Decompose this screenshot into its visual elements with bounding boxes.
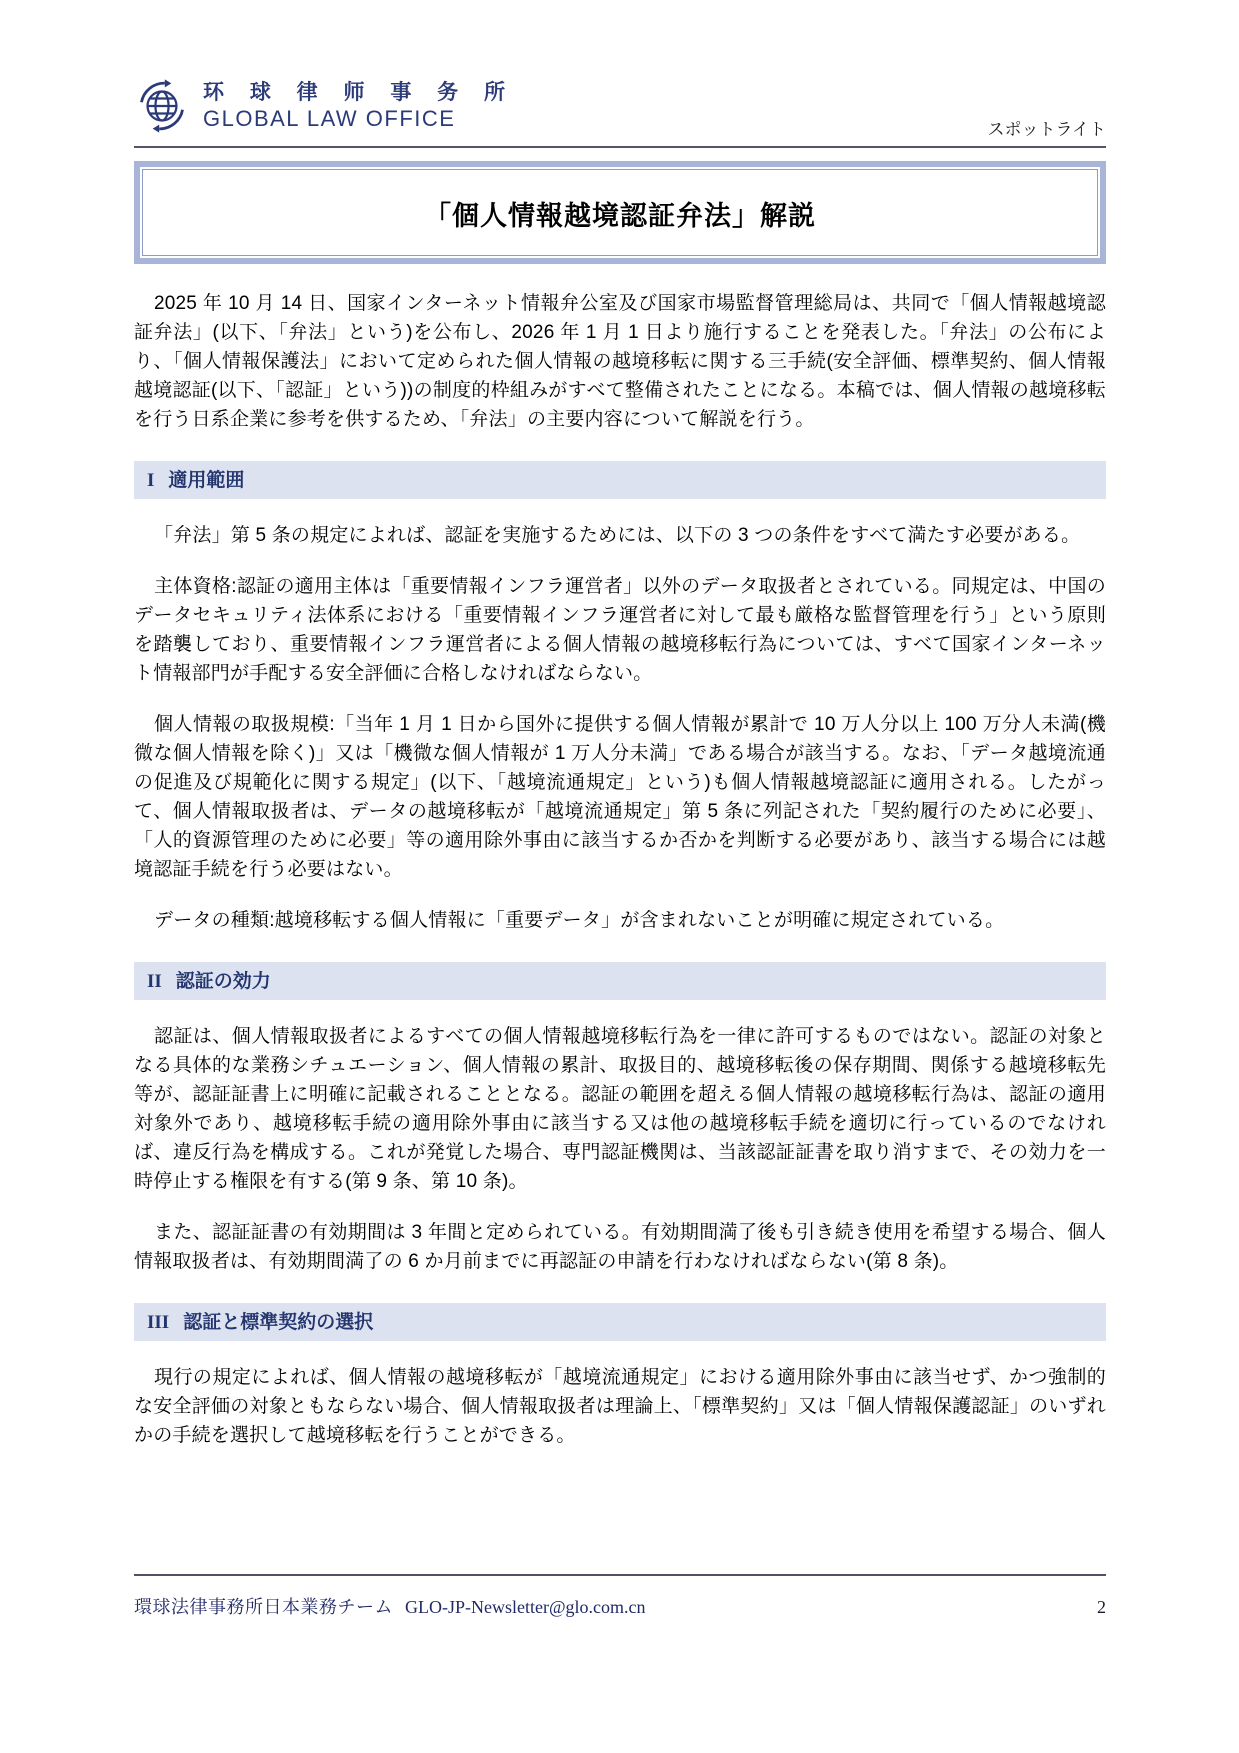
paragraph: また、認証証書の有効期間は 3 年間と定められている。有効期間満了後も引き続き使… xyxy=(134,1218,1106,1276)
paragraph: 「弁法」第 5 条の規定によれば、認証を実施するためには、以下の 3 つの条件を… xyxy=(134,521,1106,550)
document-header: 环 球 律 师 事 务 所 GLOBAL LAW OFFICE スポットライト xyxy=(134,0,1106,148)
section-title: 適用範囲 xyxy=(168,470,244,491)
firm-name-english: GLOBAL LAW OFFICE xyxy=(203,106,515,132)
document-page: 环 球 律 师 事 务 所 GLOBAL LAW OFFICE スポットライト … xyxy=(0,0,1239,1753)
page-content: 环 球 律 师 事 务 所 GLOBAL LAW OFFICE スポットライト … xyxy=(134,0,1106,1450)
section-heading-1: I適用範囲 xyxy=(134,461,1106,499)
firm-name: 环 球 律 师 事 务 所 GLOBAL LAW OFFICE xyxy=(203,80,515,132)
category-label: スポットライト xyxy=(988,115,1107,140)
firm-name-chinese: 环 球 律 师 事 务 所 xyxy=(203,80,515,106)
footer-team-name: 環球法律事務所日本業務チーム xyxy=(134,1593,393,1619)
section-title: 認証と標準契約の選択 xyxy=(183,1312,373,1333)
page-number: 2 xyxy=(1097,1597,1106,1618)
section-heading-3: III認証と標準契約の選択 xyxy=(134,1303,1106,1341)
paragraph: データの種類:越境移転する個人情報に「重要データ」が含まれないことが明確に規定さ… xyxy=(134,906,1106,935)
title-box-inner: 「個人情報越境認証弁法」解説 xyxy=(142,169,1098,256)
footer-row: 環球法律事務所日本業務チーム GLO-JP-Newsletter@glo.com… xyxy=(134,1593,1106,1619)
paragraph: 個人情報の取扱規模:「当年 1 月 1 日から国外に提供する個人情報が累計で 1… xyxy=(134,710,1106,884)
section-number: I xyxy=(147,470,154,491)
document-title: 「個人情報越境認証弁法」解説 xyxy=(153,194,1087,233)
section-number: III xyxy=(147,1312,169,1333)
intro-paragraph: 2025 年 10 月 14 日、国家インターネット情報弁公室及び国家市場監督管… xyxy=(134,289,1106,434)
footer-divider xyxy=(134,1574,1106,1576)
footer-email: GLO-JP-Newsletter@glo.com.cn xyxy=(405,1597,646,1618)
paragraph: 認証は、個人情報取扱者によるすべての個人情報越境移転行為を一律に許可するものでは… xyxy=(134,1022,1106,1196)
paragraph: 主体資格:認証の適用主体は「重要情報インフラ運営者」以外のデータ取扱者とされてい… xyxy=(134,572,1106,688)
section-number: II xyxy=(147,971,162,992)
globe-logo-icon xyxy=(134,78,190,134)
section-title: 認証の効力 xyxy=(176,971,271,992)
header-divider xyxy=(134,146,1106,148)
title-box: 「個人情報越境認証弁法」解説 xyxy=(134,161,1106,264)
document-footer: 環球法律事務所日本業務チーム GLO-JP-Newsletter@glo.com… xyxy=(134,1574,1106,1619)
firm-logo: 环 球 律 师 事 务 所 GLOBAL LAW OFFICE xyxy=(134,76,1106,136)
paragraph: 現行の規定によれば、個人情報の越境移転が「越境流通規定」における適用除外事由に該… xyxy=(134,1363,1106,1450)
section-heading-2: II認証の効力 xyxy=(134,962,1106,1000)
